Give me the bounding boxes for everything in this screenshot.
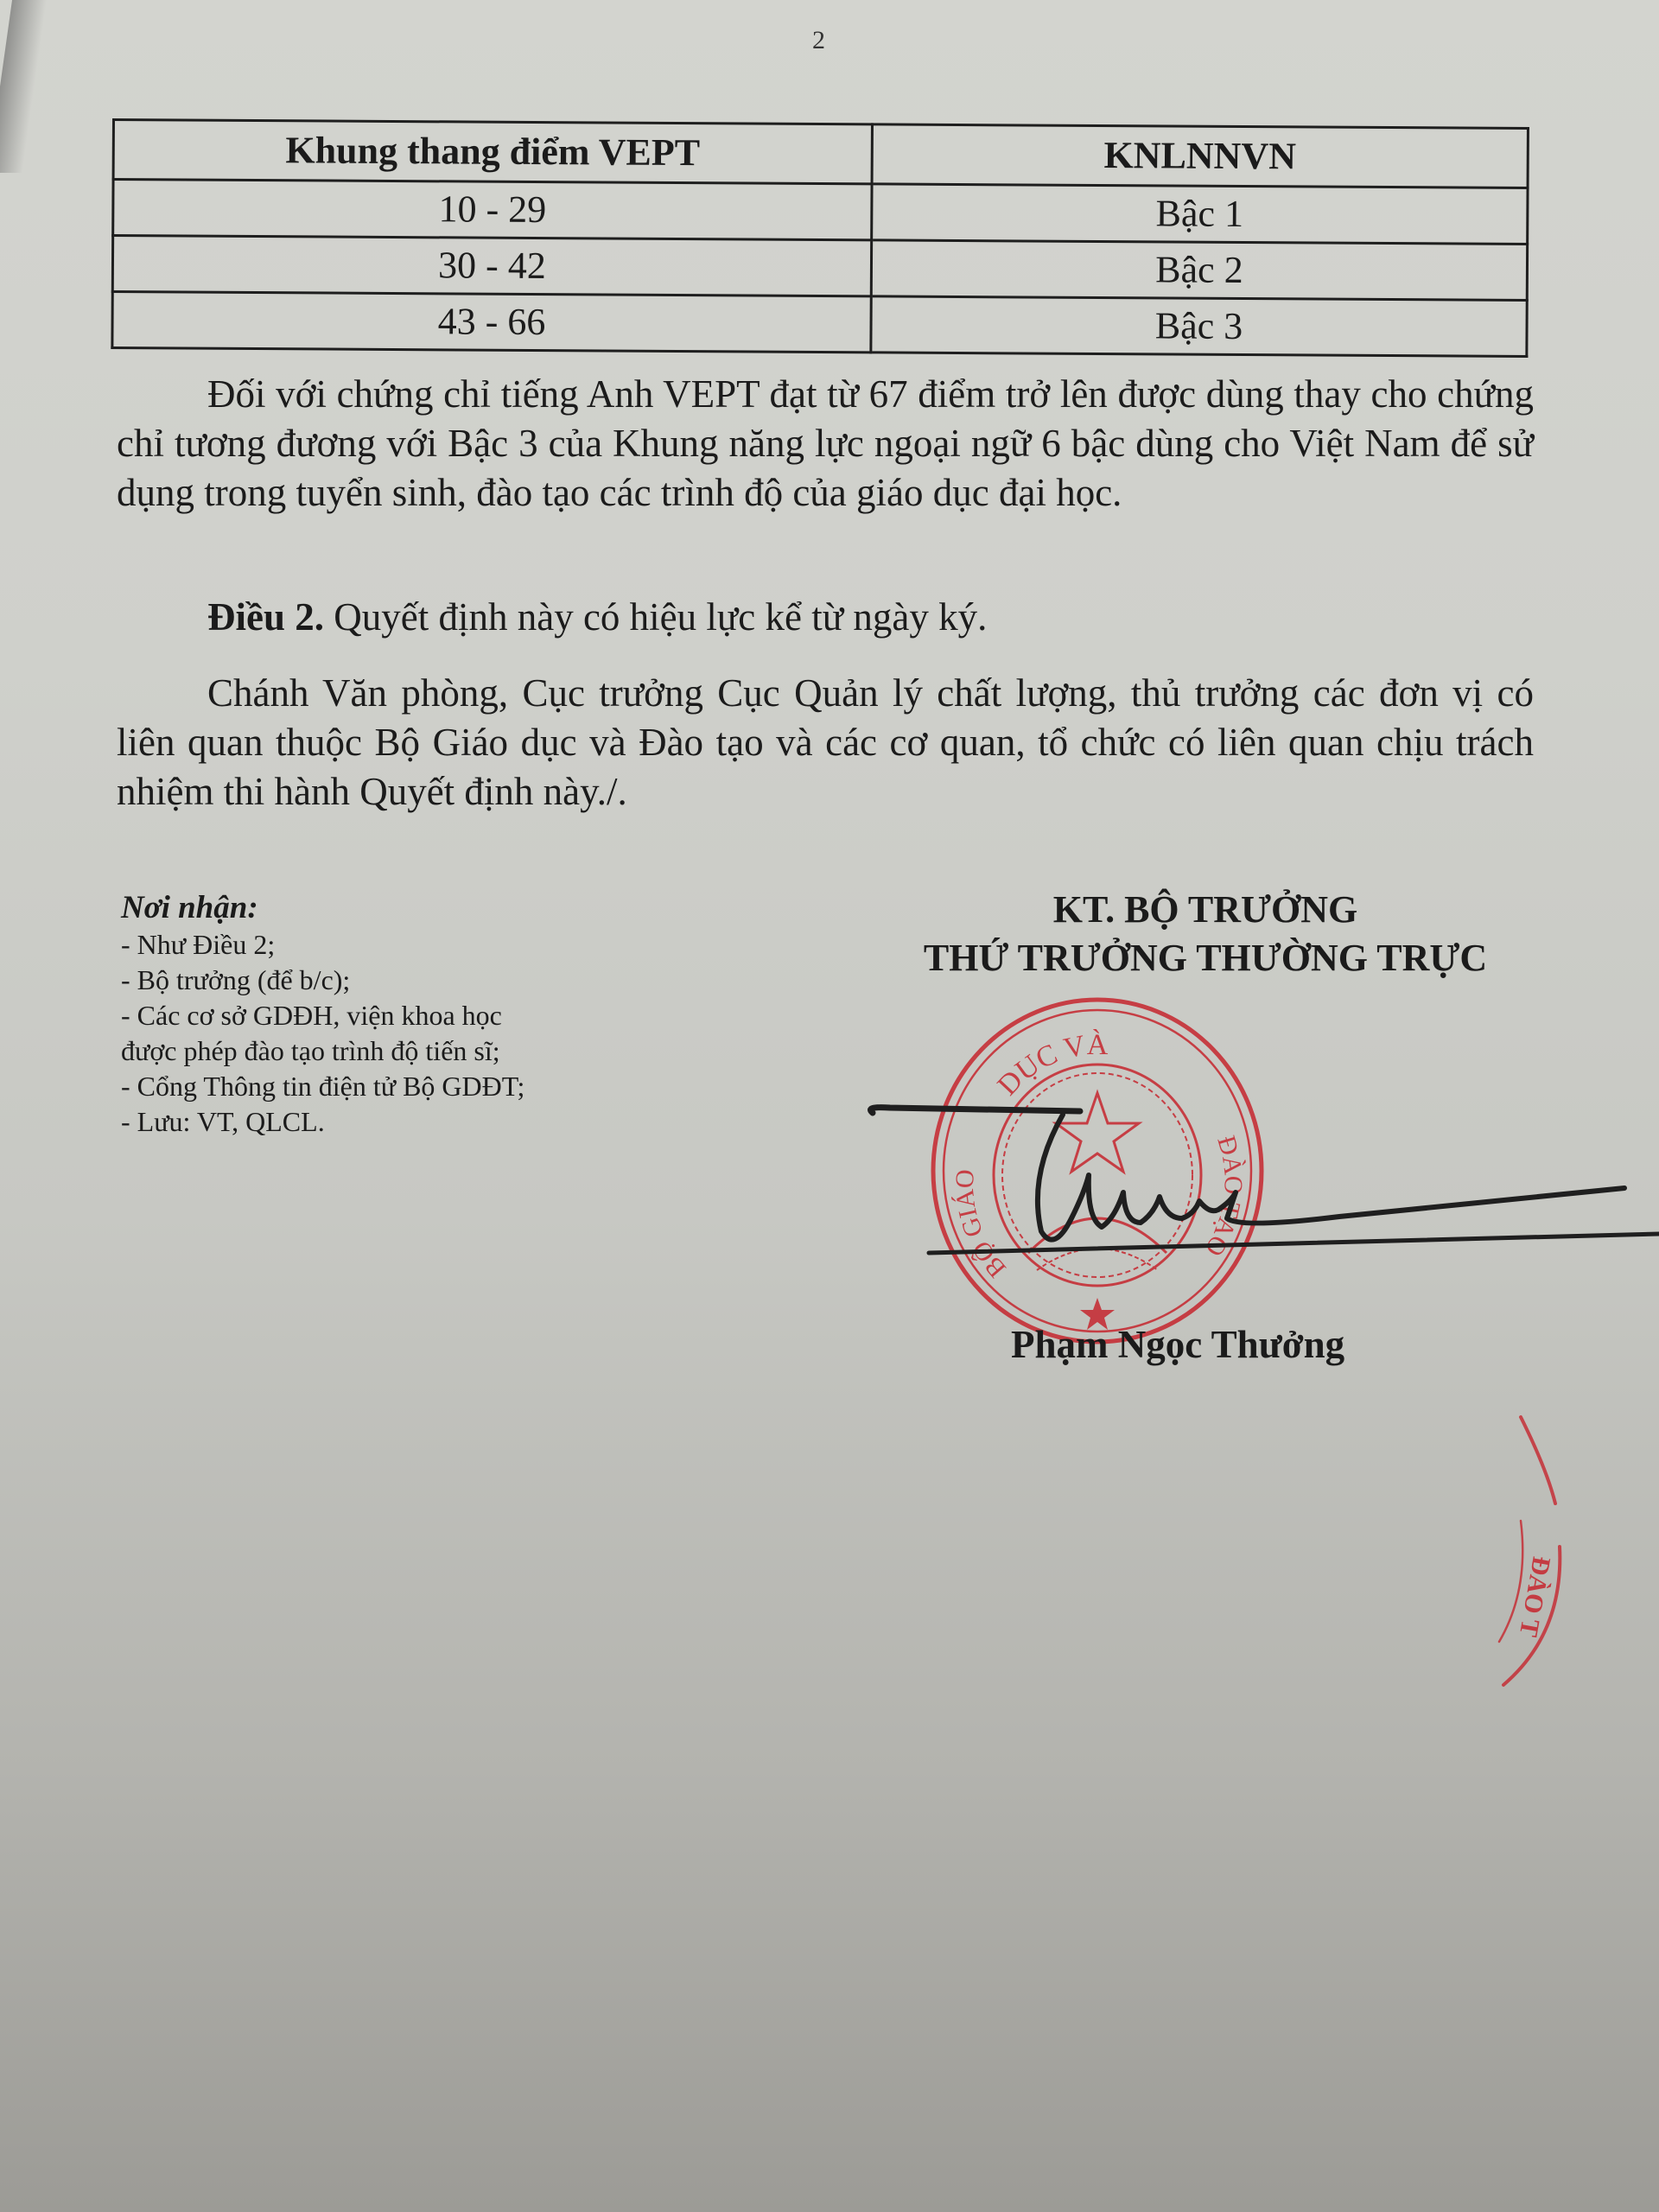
page-shadow: [0, 0, 47, 173]
paragraph-article-2: Điều 2. Quyết định này có hiệu lực kể từ…: [117, 593, 1534, 642]
table-cell-score: 10 - 29: [113, 180, 872, 240]
svg-text:ĐÀO T: ĐÀO T: [1514, 1554, 1556, 1639]
article-2-label: Điều 2.: [207, 595, 324, 639]
table-cell-level: Bậc 2: [871, 240, 1527, 301]
table-header-row: Khung thang điểm VEPT KNLNNVN: [113, 120, 1528, 188]
table-cell-score: 30 - 42: [112, 236, 871, 296]
table-row: 43 - 66 Bậc 3: [112, 292, 1527, 357]
table-header-vept: Khung thang điểm VEPT: [113, 120, 872, 184]
table-row: 30 - 42 Bậc 2: [112, 236, 1527, 301]
recipients-block: Nơi nhận: - Như Điều 2; - Bộ trưởng (để …: [121, 890, 524, 1140]
table-cell-level: Bậc 1: [872, 184, 1528, 245]
partial-seal-icon: ĐÀO T: [1486, 1400, 1590, 1694]
table-row: 10 - 29 Bậc 1: [113, 180, 1528, 245]
recipient-item: - Như Điều 2;: [121, 927, 524, 963]
signer-name: Phạm Ngọc Thưởng: [1011, 1322, 1344, 1367]
paragraph-text: Chánh Văn phòng, Cục trưởng Cục Quản lý …: [117, 671, 1534, 813]
vept-score-table: Khung thang điểm VEPT KNLNNVN 10 - 29 Bậ…: [111, 118, 1529, 358]
paragraph-text: Đối với chứng chỉ tiếng Anh VEPT đạt từ …: [117, 372, 1534, 514]
table-cell-level: Bậc 3: [871, 296, 1527, 357]
recipient-item: - Bộ trưởng (để b/c);: [121, 963, 524, 998]
page-number: 2: [812, 26, 825, 55]
paragraph-responsibility: Chánh Văn phòng, Cục trưởng Cục Quản lý …: [117, 669, 1534, 817]
recipient-item: - Lưu: VT, QLCL.: [121, 1104, 524, 1140]
signature-line-2: THỨ TRƯỞNG THƯỜNG TRỰC: [851, 934, 1560, 982]
signature-title-block: KT. BỘ TRƯỞNG THỨ TRƯỞNG THƯỜNG TRỰC: [851, 886, 1560, 982]
recipient-item: được phép đào tạo trình độ tiến sĩ;: [121, 1033, 524, 1069]
article-2-text: Quyết định này có hiệu lực kể từ ngày ký…: [324, 595, 987, 639]
recipients-title: Nơi nhận:: [121, 890, 524, 925]
recipient-item: - Các cơ sở GDĐH, viện khoa học: [121, 998, 524, 1033]
handwritten-signature-icon: [855, 1046, 1659, 1322]
recipient-item: - Cổng Thông tin điện tử Bộ GDĐT;: [121, 1069, 524, 1104]
paragraph-vept-equivalence: Đối với chứng chỉ tiếng Anh VEPT đạt từ …: [117, 370, 1534, 518]
table-cell-score: 43 - 66: [112, 292, 871, 353]
table-header-knlnnvn: KNLNNVN: [872, 124, 1528, 188]
signature-line-1: KT. BỘ TRƯỞNG: [851, 886, 1560, 934]
